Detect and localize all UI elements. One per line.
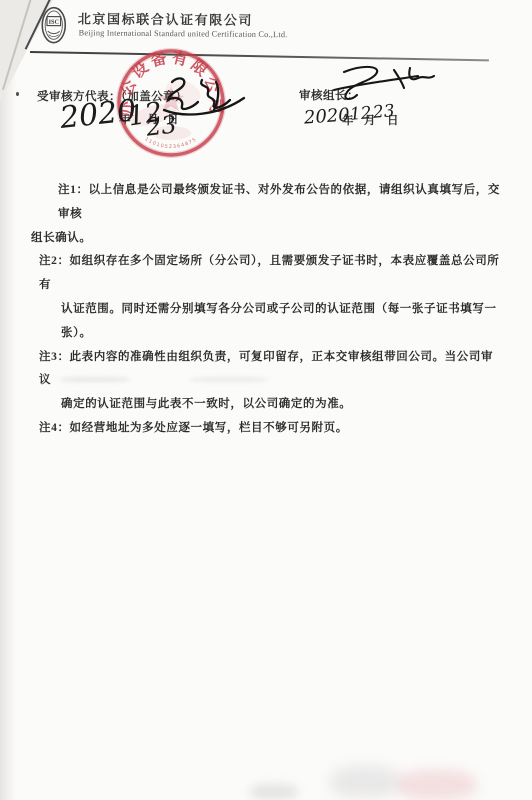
notes-block: 注1：以上信息是公司最终颁发证书、对外发布公告的依据，请组织认真填写后，交审核 … [31, 179, 503, 441]
note1-line2: 组长确认。 [31, 227, 503, 251]
note2-line2: 认证范围。同时还需分别填写各分公司或子公司的认证范围（每一张子证书填写一 [61, 298, 503, 322]
note4-line1: 注4：如经营地址为多处应逐一填写，栏目不够可另附页。 [39, 417, 503, 441]
note1-line1: 注1：以上信息是公司最终颁发证书、对外发布公告的依据，请组织认真填写后，交审核 [58, 179, 503, 227]
scanned-document-page: ISC 北京国标联合认证有限公司 Beijing International S… [0, 0, 532, 800]
company-name-en: Beijing International Standard united Ce… [79, 28, 288, 39]
letterhead: ISC 北京国标联合认证有限公司 Beijing International S… [0, 0, 532, 2]
company-name-cn: 北京国标联合认证有限公司 [78, 8, 253, 29]
ink-speck [16, 92, 19, 96]
audited-party-signature [158, 72, 250, 131]
note2-line3: 张）。 [61, 322, 503, 346]
isc-logo: ISC [41, 6, 67, 51]
stamp-showthrough-smudge [398, 770, 476, 800]
note3-line1: 注3：此表内容的准确性由组织负责，可复印留存，正本交审核组带回公司。当公司审议 [39, 346, 503, 394]
logo-text: ISC [49, 19, 59, 26]
paper-left-edge-shadow [0, 0, 17, 800]
gray-smudge [330, 766, 400, 798]
gray-smudge [250, 784, 298, 800]
audit-leader-signature [330, 62, 448, 117]
note2-line1: 注2：如组织存在多个固定场所（分公司），且需要颁发子证书时，本表应覆盖总公司所有 [39, 250, 503, 298]
note3-line2: 确定的认证范围与此表不一致时，以公司确定的为准。 [61, 393, 503, 417]
letterhead-rule [30, 51, 489, 61]
